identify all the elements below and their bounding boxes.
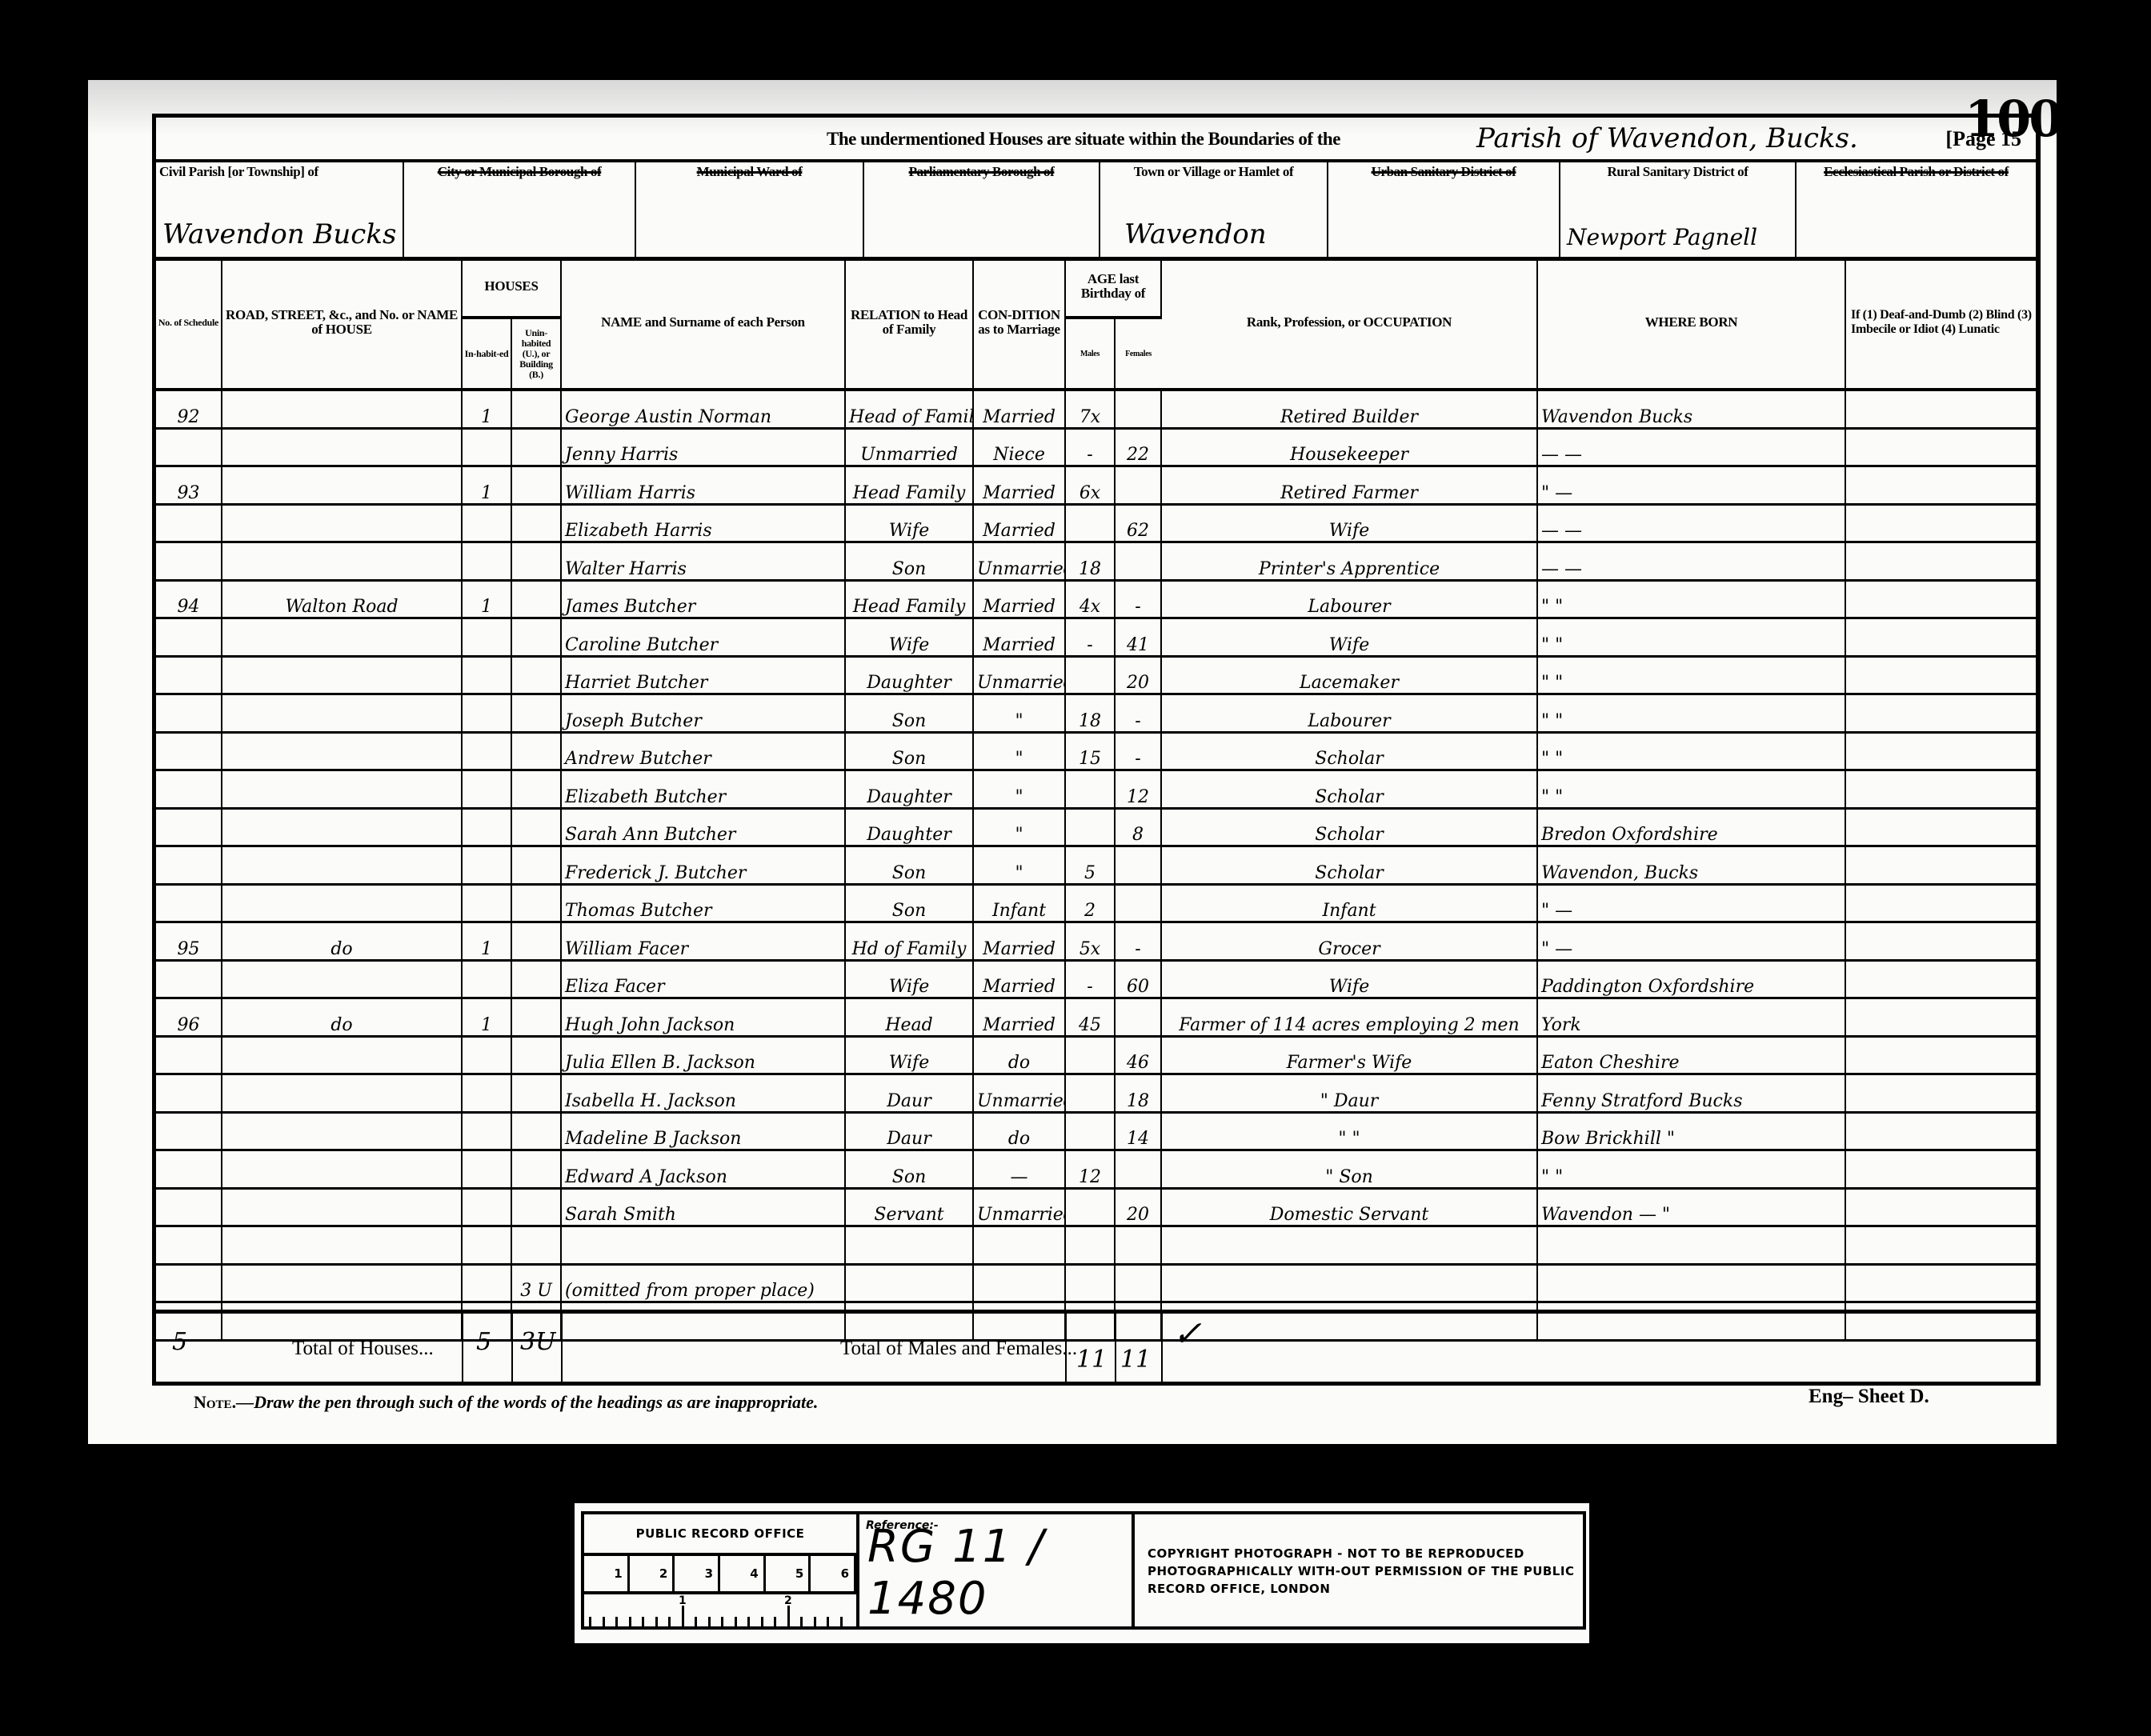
female-age-cell — [1115, 466, 1161, 505]
occupation-cell: Domestic Servant — [1161, 1188, 1537, 1226]
divider — [1161, 1314, 1163, 1382]
male-age-cell: 2 — [1065, 884, 1115, 922]
area-civil-parish: Civil Parish [or Township] of Wavendon B… — [156, 159, 404, 257]
born-cell: — — — [1537, 504, 1845, 542]
col-males: Males — [1065, 318, 1115, 390]
male-age-cell — [1065, 808, 1115, 846]
schedule-cell — [156, 428, 222, 466]
area-label: Parliamentary Borough of — [864, 159, 1099, 179]
road-cell: do — [222, 922, 462, 961]
schedule-cell: 96 — [156, 998, 222, 1037]
schedule-cell — [156, 846, 222, 885]
relation-cell: Servant — [845, 1188, 973, 1226]
pro-reference-label: PUBLIC RECORD OFFICE 123456 12 Reference… — [571, 1500, 1592, 1646]
condition-cell: — — [973, 1150, 1065, 1189]
inhabited-cell — [462, 1226, 511, 1265]
infirmity-cell — [1845, 1150, 2036, 1189]
title-handwritten: Parish of Wavendon, Bucks. — [1476, 122, 1858, 154]
totals-row: 5 Total of Houses... 5 3U Total of Males… — [156, 1310, 2036, 1382]
born-cell: " " — [1537, 1150, 1845, 1189]
uninhabited-cell — [511, 922, 561, 961]
schedule-cell — [156, 542, 222, 581]
table-row: Isabella H. JacksonDaurUnmarried18" Daur… — [156, 1074, 2036, 1113]
col-road: ROAD, STREET, &c., and No. or NAME of HO… — [222, 257, 462, 390]
census-table: No. of Schedule ROAD, STREET, &c., and N… — [156, 257, 2036, 1342]
ruler-tick — [787, 1606, 790, 1630]
schedule-cell: 93 — [156, 466, 222, 505]
male-age-cell — [1065, 1036, 1115, 1074]
schedule-cell — [156, 694, 222, 733]
female-age-cell: 8 — [1115, 808, 1161, 846]
table-row: Walter HarrisSonUnmarried18Printer's App… — [156, 542, 2036, 581]
cm-mark: 5 — [766, 1556, 811, 1591]
road-cell: do — [222, 998, 462, 1037]
ruler-tick — [708, 1617, 711, 1630]
condition-cell: Married — [973, 390, 1065, 428]
inch-mark: 2 — [784, 1594, 792, 1607]
table-row: Julia Ellen B. JacksonWifedo46Farmer's W… — [156, 1036, 2036, 1074]
infirmity-cell — [1845, 998, 2036, 1037]
uninhabited-cell: 3 U — [511, 1264, 561, 1302]
condition-cell: do — [973, 1112, 1065, 1150]
relation-cell: Daughter — [845, 656, 973, 694]
cm-mark: 6 — [811, 1556, 856, 1591]
inhabited-cell: 1 — [462, 580, 511, 618]
check-mark: ✓ — [1172, 1314, 1202, 1354]
divider — [511, 1314, 513, 1382]
road-cell: Walton Road — [222, 580, 462, 618]
table-row: Jenny HarrisUnmarriedNiece-22Housekeeper… — [156, 428, 2036, 466]
table-row: 94Walton Road1James ButcherHead FamilyMa… — [156, 580, 2036, 618]
female-age-cell — [1115, 1150, 1161, 1189]
ruler-tick — [682, 1606, 684, 1630]
schedule-cell — [156, 1036, 222, 1074]
reference-value: RG 11 / 1480 — [867, 1521, 1132, 1625]
born-cell: " " — [1537, 770, 1845, 809]
col-age: AGE last Birthday of — [1065, 257, 1161, 318]
area-urban-sanitary: Urban Sanitary District of — [1328, 159, 1560, 257]
condition-cell: Married — [973, 922, 1065, 961]
born-cell: Wavendon — " — [1537, 1188, 1845, 1226]
ruler-tick — [655, 1617, 658, 1630]
condition-cell: Married — [973, 504, 1065, 542]
relation-cell: Daughter — [845, 808, 973, 846]
female-age-cell — [1115, 846, 1161, 885]
name-cell: Elizabeth Harris — [561, 504, 845, 542]
born-cell: " " — [1537, 618, 1845, 657]
condition-cell: Infant — [973, 884, 1065, 922]
female-age-cell: 12 — [1115, 770, 1161, 809]
schedule-cell — [156, 808, 222, 846]
census-form: The undermentioned Houses are situate wi… — [152, 114, 2041, 1386]
schedule-cell — [156, 618, 222, 657]
occupation-cell: " Daur — [1161, 1074, 1537, 1113]
cm-mark: 2 — [630, 1556, 675, 1591]
born-cell — [1537, 1226, 1845, 1265]
name-cell: William Facer — [561, 922, 845, 961]
census-rows: 921George Austin NormanHead of FamilyMar… — [156, 390, 2036, 1340]
road-cell — [222, 960, 462, 998]
condition-cell: do — [973, 1036, 1065, 1074]
uninhabited-cell — [511, 1188, 561, 1226]
inhabited-cell — [462, 1150, 511, 1189]
ruler-tick — [761, 1617, 763, 1630]
ruler-tick — [603, 1617, 605, 1630]
uninhabited-cell — [511, 390, 561, 428]
table-row: Eliza FacerWifeMarried-60WifePaddington … — [156, 960, 2036, 998]
ruler-tick — [615, 1617, 618, 1630]
inhabited-total: 5 — [476, 1328, 491, 1356]
relation-cell: Daughter — [845, 770, 973, 809]
uninhabited-cell — [511, 580, 561, 618]
inhabited-cell — [462, 732, 511, 770]
inhabited-cell — [462, 770, 511, 809]
area-value: Wavendon — [1124, 218, 1267, 250]
name-cell: Eliza Facer — [561, 960, 845, 998]
female-age-cell: - — [1115, 580, 1161, 618]
area-label: Town or Village or Hamlet of — [1100, 159, 1327, 179]
females-total: 11 — [1120, 1346, 1151, 1374]
inhabited-cell — [462, 1074, 511, 1113]
condition-cell: Unmarried — [973, 542, 1065, 581]
born-cell: Eaton Cheshire — [1537, 1036, 1845, 1074]
infirmity-cell — [1845, 732, 2036, 770]
area-value: Wavendon Bucks — [162, 218, 396, 250]
area-ward: Municipal Ward of — [636, 159, 864, 257]
road-cell — [222, 1188, 462, 1226]
table-row: 921George Austin NormanHead of FamilyMar… — [156, 390, 2036, 428]
table-row: 96do1Hugh John JacksonHeadMarried45Farme… — [156, 998, 2036, 1037]
cm-mark: 4 — [720, 1556, 766, 1591]
male-age-cell — [1065, 656, 1115, 694]
female-age-cell: - — [1115, 732, 1161, 770]
relation-cell — [845, 1264, 973, 1302]
page-label: [Page 15 — [1945, 127, 2021, 151]
road-cell — [222, 504, 462, 542]
area-label: Ecclesiastical Parish or District of — [1797, 159, 2036, 179]
relation-cell: Head Family — [845, 466, 973, 505]
name-cell — [561, 1226, 845, 1265]
schedule-cell — [156, 1112, 222, 1150]
uninhabited-cell — [511, 1036, 561, 1074]
inhabited-cell — [462, 1188, 511, 1226]
relation-cell: Daur — [845, 1074, 973, 1113]
pro-copyright: COPYRIGHT PHOTOGRAPH - NOT TO BE REPRODU… — [1135, 1514, 1583, 1626]
uninhabited-cell — [511, 1150, 561, 1189]
males-total: 11 — [1076, 1346, 1107, 1374]
male-age-cell — [1065, 1074, 1115, 1113]
inhabited-cell: 1 — [462, 922, 511, 961]
col-condition: CON-DITION as to Marriage — [973, 257, 1065, 390]
infirmity-cell — [1845, 542, 2036, 581]
uninhabited-cell — [511, 960, 561, 998]
area-town: Town or Village or Hamlet of Wavendon — [1100, 159, 1328, 257]
male-age-cell — [1065, 1112, 1115, 1150]
cm-mark: 3 — [675, 1556, 720, 1591]
divider — [1115, 1314, 1116, 1382]
infirmity-cell — [1845, 1264, 2036, 1302]
occupation-cell: Retired Builder — [1161, 390, 1537, 428]
table-row: Thomas ButcherSonInfant2Infant" — — [156, 884, 2036, 922]
male-age-cell — [1065, 1188, 1115, 1226]
col-name: NAME and Surname of each Person — [561, 257, 845, 390]
inhabited-cell: 1 — [462, 466, 511, 505]
born-cell — [1537, 1264, 1845, 1302]
title-row: The undermentioned Houses are situate wi… — [156, 118, 2036, 162]
pro-title: PUBLIC RECORD OFFICE — [584, 1514, 856, 1556]
road-cell — [222, 808, 462, 846]
name-cell: Caroline Butcher — [561, 618, 845, 657]
name-cell: (omitted from proper place) — [561, 1264, 845, 1302]
road-cell — [222, 732, 462, 770]
uninhabited-cell — [511, 618, 561, 657]
male-age-cell: - — [1065, 618, 1115, 657]
col-schedule: No. of Schedule — [156, 257, 222, 390]
name-cell: Julia Ellen B. Jackson — [561, 1036, 845, 1074]
schedule-cell — [156, 884, 222, 922]
pro-reference: Reference:- RG 11 / 1480 — [859, 1514, 1135, 1626]
condition-cell: Married — [973, 580, 1065, 618]
road-cell — [222, 466, 462, 505]
name-cell: Joseph Butcher — [561, 694, 845, 733]
female-age-cell: 20 — [1115, 656, 1161, 694]
female-age-cell: 20 — [1115, 1188, 1161, 1226]
divider — [1065, 1314, 1067, 1382]
ruler-tick — [695, 1617, 697, 1630]
female-age-cell — [1115, 1264, 1161, 1302]
schedule-total: 5 — [172, 1328, 187, 1356]
area-label: City or Municipal Borough of — [404, 159, 635, 179]
note-text: —Draw the pen through such of the words … — [236, 1392, 818, 1412]
condition-cell: Married — [973, 998, 1065, 1037]
infirmity-cell — [1845, 466, 2036, 505]
table-row: 3 U(omitted from proper place) — [156, 1264, 2036, 1302]
inhabited-cell — [462, 428, 511, 466]
inch-mark: 1 — [679, 1594, 687, 1607]
name-cell: Jenny Harris — [561, 428, 845, 466]
ruler-tick — [589, 1617, 591, 1630]
copyright-text: COPYRIGHT PHOTOGRAPH - NOT TO BE REPRODU… — [1148, 1545, 1583, 1598]
name-cell: Elizabeth Butcher — [561, 770, 845, 809]
relation-cell: Son — [845, 884, 973, 922]
occupation-cell: Scholar — [1161, 808, 1537, 846]
name-cell: Madeline B Jackson — [561, 1112, 845, 1150]
schedule-cell — [156, 732, 222, 770]
born-cell: " " — [1537, 580, 1845, 618]
female-age-cell: - — [1115, 922, 1161, 961]
census-sheet: 100 The undermentioned Houses are situat… — [88, 80, 2057, 1444]
divider — [462, 1314, 463, 1382]
male-age-cell: 45 — [1065, 998, 1115, 1037]
female-age-cell — [1115, 884, 1161, 922]
ruler-tick — [668, 1617, 671, 1630]
table-row — [156, 1226, 2036, 1265]
born-cell: Wavendon, Bucks — [1537, 846, 1845, 885]
infirmity-cell — [1845, 808, 2036, 846]
relation-cell: Head Family — [845, 580, 973, 618]
male-age-cell — [1065, 1264, 1115, 1302]
name-cell: Sarah Smith — [561, 1188, 845, 1226]
female-age-cell: 14 — [1115, 1112, 1161, 1150]
schedule-cell — [156, 1226, 222, 1265]
inhabited-cell — [462, 960, 511, 998]
female-age-cell: 18 — [1115, 1074, 1161, 1113]
condition-cell: " — [973, 846, 1065, 885]
occupation-cell: Scholar — [1161, 732, 1537, 770]
infirmity-cell — [1845, 656, 2036, 694]
ruler-tick — [774, 1617, 776, 1630]
female-age-cell — [1115, 1226, 1161, 1265]
uninhabited-cell — [511, 846, 561, 885]
occupation-cell: Retired Farmer — [1161, 466, 1537, 505]
inhabited-cell — [462, 884, 511, 922]
occupation-cell: " Son — [1161, 1150, 1537, 1189]
infirmity-cell — [1845, 694, 2036, 733]
occupation-cell: Wife — [1161, 504, 1537, 542]
ruler-tick — [735, 1617, 737, 1630]
ruler-tick — [747, 1617, 750, 1630]
female-age-cell: 22 — [1115, 428, 1161, 466]
area-parl-borough: Parliamentary Borough of — [864, 159, 1100, 257]
cm-mark: 1 — [584, 1556, 630, 1591]
inhabited-cell — [462, 542, 511, 581]
table-row: Sarah Ann ButcherDaughter"8ScholarBredon… — [156, 808, 2036, 846]
condition-cell: Niece — [973, 428, 1065, 466]
relation-cell: Head of Family — [845, 390, 973, 428]
road-cell — [222, 694, 462, 733]
inhabited-cell — [462, 1264, 511, 1302]
born-cell: York — [1537, 998, 1845, 1037]
relation-cell: Daur — [845, 1112, 973, 1150]
condition-cell: Married — [973, 960, 1065, 998]
infirmity-cell — [1845, 1036, 2036, 1074]
area-label: Civil Parish [or Township] of — [156, 159, 403, 179]
table-row: Caroline ButcherWifeMarried-41Wife" " — [156, 618, 2036, 657]
schedule-cell — [156, 1074, 222, 1113]
female-age-cell: 46 — [1115, 1036, 1161, 1074]
inch-ruler: 12 — [584, 1594, 856, 1630]
condition-cell: " — [973, 770, 1065, 809]
name-cell: Sarah Ann Butcher — [561, 808, 845, 846]
relation-cell: Head — [845, 998, 973, 1037]
occupation-cell: Labourer — [1161, 580, 1537, 618]
area-borough: City or Municipal Borough of — [404, 159, 636, 257]
uninhabited-cell — [511, 770, 561, 809]
ruler-tick — [642, 1617, 644, 1630]
male-age-cell — [1065, 1226, 1115, 1265]
infirmity-cell — [1845, 1188, 2036, 1226]
road-cell — [222, 1226, 462, 1265]
infirmity-cell — [1845, 1074, 2036, 1113]
relation-cell: Wife — [845, 504, 973, 542]
inhabited-cell — [462, 656, 511, 694]
infirmity-cell — [1845, 846, 2036, 885]
name-cell: Frederick J. Butcher — [561, 846, 845, 885]
area-rural-sanitary: Rural Sanitary District of Newport Pagne… — [1560, 159, 1797, 257]
born-cell: " — — [1537, 466, 1845, 505]
female-age-cell: 62 — [1115, 504, 1161, 542]
male-age-cell: 6x — [1065, 466, 1115, 505]
born-cell: Fenny Stratford Bucks — [1537, 1074, 1845, 1113]
road-cell — [222, 390, 462, 428]
table-row: Andrew ButcherSon"15-Scholar" " — [156, 732, 2036, 770]
road-cell — [222, 846, 462, 885]
born-cell: Bredon Oxfordshire — [1537, 808, 1845, 846]
table-row: Edward A JacksonSon—12" Son" " — [156, 1150, 2036, 1189]
infirmity-cell — [1845, 770, 2036, 809]
inhabited-cell — [462, 1112, 511, 1150]
road-cell — [222, 770, 462, 809]
occupation-cell: " " — [1161, 1112, 1537, 1150]
born-cell: " — — [1537, 884, 1845, 922]
name-cell: Isabella H. Jackson — [561, 1074, 845, 1113]
uninhabited-cell — [511, 694, 561, 733]
born-cell: " " — [1537, 732, 1845, 770]
road-cell — [222, 1074, 462, 1113]
occupation-cell: Housekeeper — [1161, 428, 1537, 466]
occupation-cell: Labourer — [1161, 694, 1537, 733]
relation-cell: Son — [845, 542, 973, 581]
name-cell: Hugh John Jackson — [561, 998, 845, 1037]
condition-cell — [973, 1226, 1065, 1265]
relation-cell: Wife — [845, 618, 973, 657]
uninhabited-total: 3U — [520, 1328, 555, 1356]
col-born: WHERE BORN — [1537, 257, 1845, 390]
schedule-cell — [156, 1264, 222, 1302]
divider — [561, 1314, 563, 1382]
uninhabited-cell — [511, 1074, 561, 1113]
occupation-cell: Scholar — [1161, 770, 1537, 809]
male-age-cell: 7x — [1065, 390, 1115, 428]
uninhabited-cell — [511, 466, 561, 505]
col-relation: RELATION to Head of Family — [845, 257, 973, 390]
road-cell — [222, 428, 462, 466]
infirmity-cell — [1845, 884, 2036, 922]
name-cell: William Harris — [561, 466, 845, 505]
inhabited-cell: 1 — [462, 390, 511, 428]
ruler-tick — [827, 1617, 829, 1630]
schedule-cell — [156, 960, 222, 998]
occupation-cell: Grocer — [1161, 922, 1537, 961]
schedule-cell — [156, 770, 222, 809]
male-age-cell: 5x — [1065, 922, 1115, 961]
title-text: The undermentioned Houses are situate wi… — [827, 129, 1340, 150]
schedule-cell: 95 — [156, 922, 222, 961]
area-value: Newport Pagnell — [1567, 224, 1757, 250]
male-age-cell: 18 — [1065, 694, 1115, 733]
female-age-cell — [1115, 998, 1161, 1037]
ruler-tick — [629, 1617, 631, 1630]
name-cell: James Butcher — [561, 580, 845, 618]
uninhabited-cell — [511, 732, 561, 770]
schedule-cell — [156, 504, 222, 542]
occupation-cell: Farmer of 114 acres employing 2 men — [1161, 998, 1537, 1037]
occupation-cell — [1161, 1226, 1537, 1265]
condition-cell: Unmarried — [973, 656, 1065, 694]
relation-cell — [845, 1226, 973, 1265]
female-age-cell — [1115, 390, 1161, 428]
infirmity-cell — [1845, 504, 2036, 542]
occupation-cell: Lacemaker — [1161, 656, 1537, 694]
male-age-cell: 5 — [1065, 846, 1115, 885]
schedule-cell: 94 — [156, 580, 222, 618]
area-ecclesiastical: Ecclesiastical Parish or District of — [1797, 159, 2036, 257]
table-row: Madeline B JacksonDaurdo14" "Bow Brickhi… — [156, 1112, 2036, 1150]
houses-total-label: Total of Houses... — [292, 1338, 434, 1360]
male-age-cell: 15 — [1065, 732, 1115, 770]
schedule-cell — [156, 1150, 222, 1189]
ruler-tick — [721, 1617, 723, 1630]
